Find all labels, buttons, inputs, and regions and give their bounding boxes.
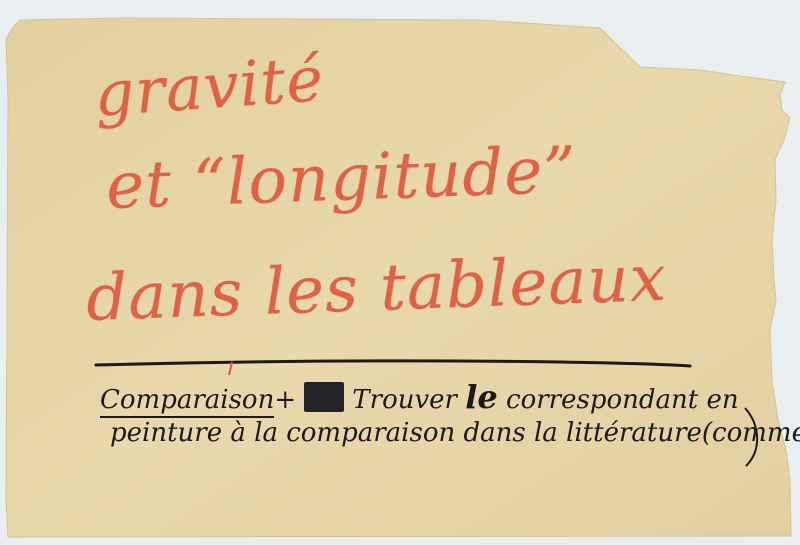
manuscript-page: gravité et “longitude” dans les tableaux… [0,0,800,545]
note-word: le [465,378,498,416]
plus-sign: + [274,385,296,415]
note-word: correspondant en [506,385,739,415]
note-parenthetical: (comme ....) [702,418,800,448]
struck-out-word: tel [304,382,344,412]
note-line-2: peinture à la comparaison dans la littér… [110,418,800,448]
note-word: Trouver [352,385,457,415]
note-text: peinture à la comparaison dans la littér… [110,418,702,448]
note-line-1: Comparaison+telTrouver le correspondant … [100,378,739,416]
underlined-word: Comparaison [100,385,274,418]
